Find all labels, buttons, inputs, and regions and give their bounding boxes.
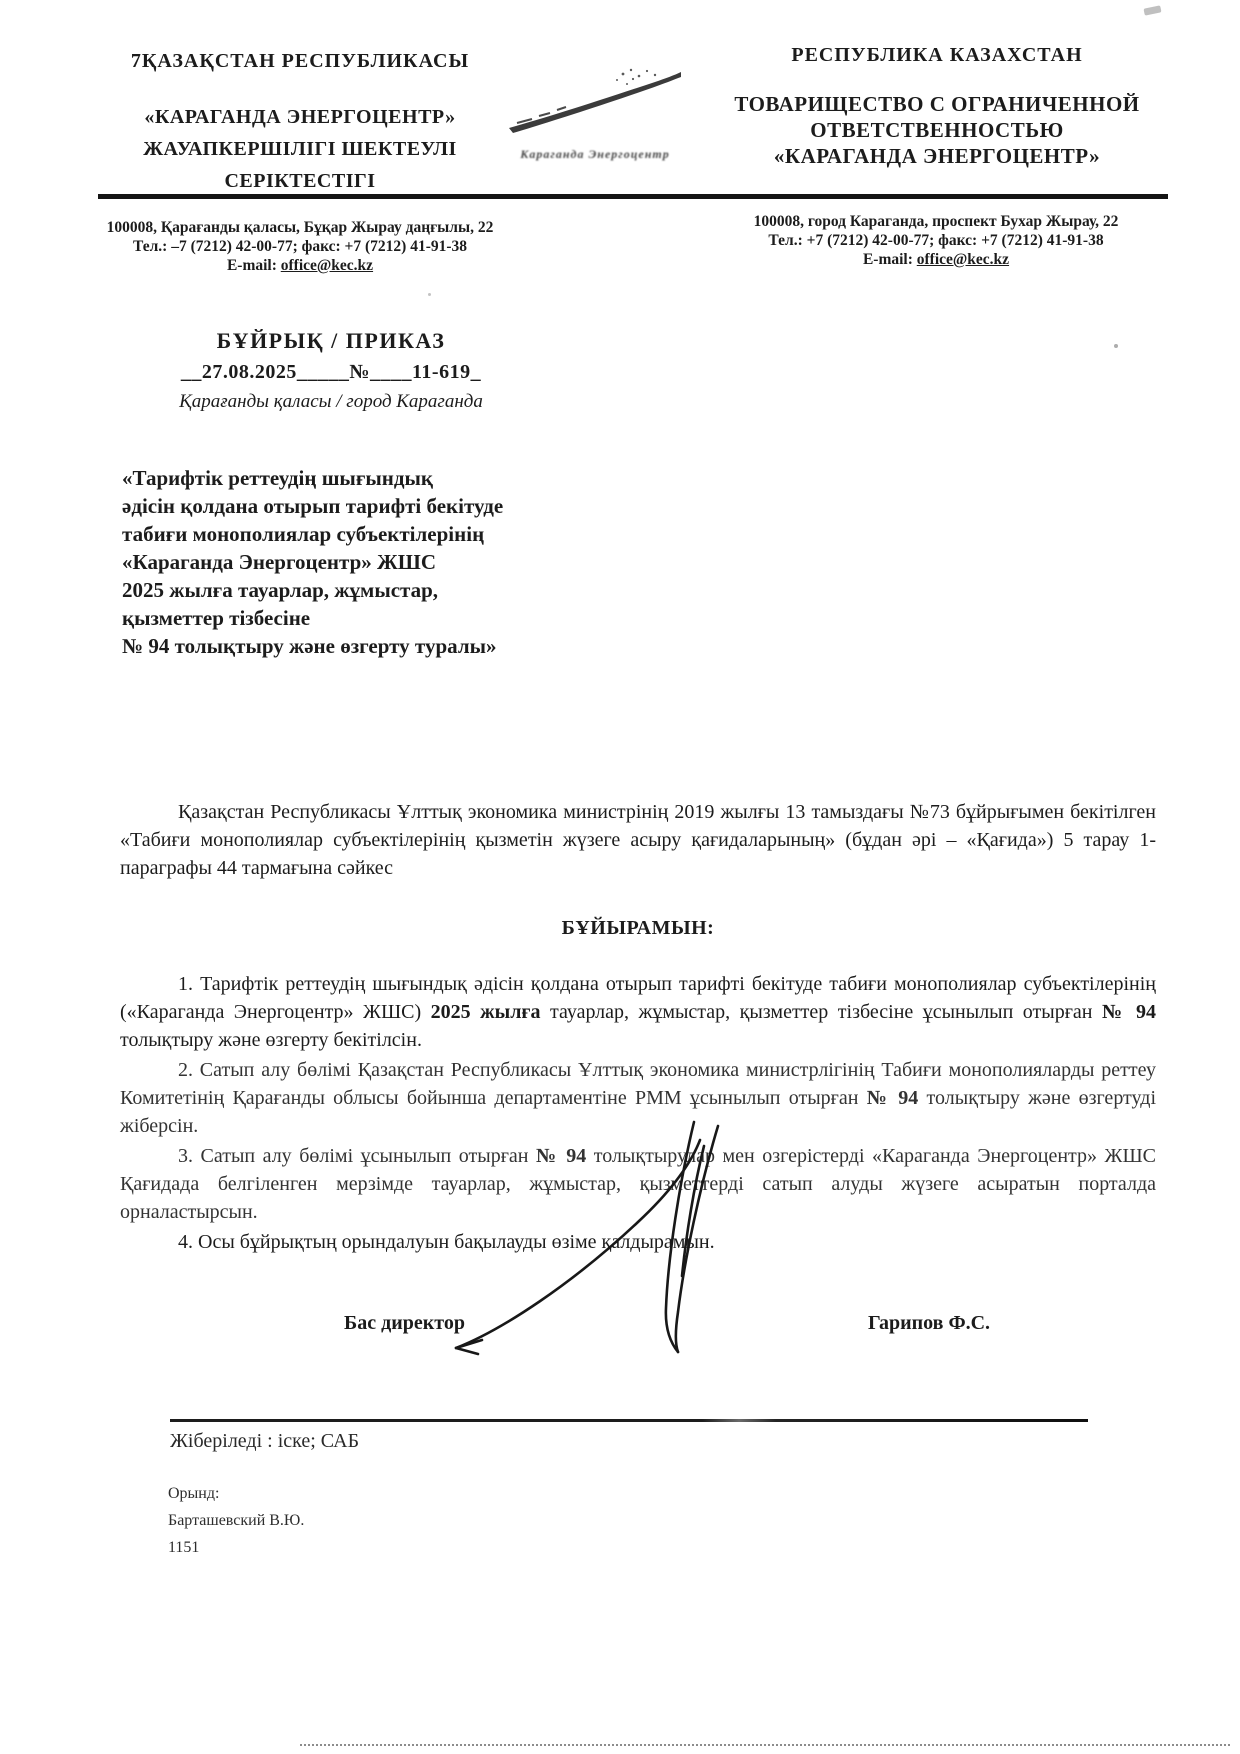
order-title: БҰЙРЫҚ / ПРИКАЗ xyxy=(113,328,549,354)
email-line-kk: E-mail: office@kec.kz xyxy=(88,256,512,275)
company-logo: Караганда Энергоцентр xyxy=(503,62,687,166)
logo-swoosh-icon xyxy=(505,62,685,140)
subject-line: «Караганда Энергоцентр» ЖШС xyxy=(122,548,622,576)
item-text-bold: 2025 жылға xyxy=(431,1001,541,1023)
letterhead-kazakh: 7ҚАЗАҚСТАН РЕСПУБЛИКАСЫ «КАРАГАНДА ЭНЕРГ… xyxy=(95,50,505,197)
scan-speck xyxy=(1143,5,1161,15)
signature-scribble xyxy=(442,1116,764,1370)
subject-line: «Тарифтік реттеудің шығындық xyxy=(122,464,622,492)
order-city-line: Қарағанды қаласы / город Караганда xyxy=(113,391,549,413)
scanned-order-document: 7ҚАЗАҚСТАН РЕСПУБЛИКАСЫ «КАРАГАНДА ЭНЕРГ… xyxy=(0,0,1240,1754)
signer-title: Бас директор xyxy=(344,1312,465,1335)
order-number-line: __27.08.2025_____№____11-619_ xyxy=(113,361,549,384)
distribution-line: Жіберіледі : іске; САБ xyxy=(170,1430,359,1453)
logo-caption: Караганда Энергоцентр xyxy=(503,147,687,162)
scan-speck xyxy=(428,293,431,296)
email-link[interactable]: office@kec.kz xyxy=(281,257,373,274)
company-name-kk-line: ЖАУАПКЕРШІЛІГІ ШЕКТЕУЛІ xyxy=(95,133,505,165)
order-subject: «Тарифтік реттеудің шығындық әдісін қолд… xyxy=(122,464,622,660)
company-name-ru-line: ОТВЕТСТВЕННОСТЬЮ xyxy=(698,117,1176,143)
item-text-bold: № 94 xyxy=(867,1087,919,1109)
phone-kk: Тел.: –7 (7212) 42-00-77; факс: +7 (7212… xyxy=(88,237,512,256)
subject-line: № 94 толықтыру және өзгерту туралы» xyxy=(122,632,622,660)
contact-info-kk: 100008, Қарағанды қаласы, Бұқар Жырау да… xyxy=(88,218,512,275)
item-text: тауарлар, жұмыстар, қызметтер тізбесіне … xyxy=(541,1001,1102,1023)
signer-name: Гарипов Ф.С. xyxy=(868,1312,990,1335)
executor-name: Барташевский В.Ю. xyxy=(168,1507,304,1534)
letterhead-russian: РЕСПУБЛИКА КАЗАХСТАН ТОВАРИЩЕСТВО С ОГРА… xyxy=(698,44,1176,169)
company-name-kk-line: «КАРАГАНДА ЭНЕРГОЦЕНТР» xyxy=(95,101,505,133)
scan-artifact-bottom xyxy=(300,1744,1230,1746)
company-name-ru-line: ТОВАРИЩЕСТВО С ОГРАНИЧЕННОЙ xyxy=(698,91,1176,117)
order-heading-block: БҰЙРЫҚ / ПРИКАЗ __27.08.2025_____№____11… xyxy=(113,328,549,413)
phone-ru: Тел.: +7 (7212) 42-00-77; факс: +7 (7212… xyxy=(695,231,1177,250)
email-label: E-mail: xyxy=(227,257,281,274)
email-link[interactable]: office@kec.kz xyxy=(917,251,1009,268)
company-name-kk: «КАРАГАНДА ЭНЕРГОЦЕНТР» ЖАУАПКЕРШІЛІГІ Ш… xyxy=(95,101,505,197)
country-name-ru: РЕСПУБЛИКА КАЗАХСТАН xyxy=(698,44,1176,67)
company-name-kk-line: СЕРІКТЕСТІГІ xyxy=(95,165,505,197)
executor-phone: 1151 xyxy=(168,1534,304,1561)
email-label: E-mail: xyxy=(863,251,917,268)
country-name-kk: 7ҚАЗАҚСТАН РЕСПУБЛИКАСЫ xyxy=(95,50,505,73)
subject-line: әдісін қолдана отырып тарифті бекітуде xyxy=(122,492,622,520)
item-text: толықтыру және өзгерту бекітілсін. xyxy=(120,1029,422,1051)
executor-block: Орынд: Барташевский В.Ю. 1151 xyxy=(168,1480,304,1561)
executor-label: Орынд: xyxy=(168,1480,304,1507)
intro-paragraph: Қазақстан Республикасы Ұлттық экономика … xyxy=(120,798,1156,882)
decree-heading: БҰЙЫРАМЫН: xyxy=(120,914,1156,942)
item-text-bold: № 94 xyxy=(1102,1001,1156,1023)
subject-line: 2025 жылға тауарлар, жұмыстар, xyxy=(122,576,622,604)
company-name-ru: ТОВАРИЩЕСТВО С ОГРАНИЧЕННОЙ ОТВЕТСТВЕННО… xyxy=(698,91,1176,169)
company-name-ru-line: «КАРАГАНДА ЭНЕРГОЦЕНТР» xyxy=(698,143,1176,169)
address-ru: 100008, город Караганда, проспект Бухар … xyxy=(695,212,1177,231)
address-kk: 100008, Қарағанды қаласы, Бұқар Жырау да… xyxy=(88,218,512,237)
scan-speck xyxy=(1114,344,1118,348)
email-line-ru: E-mail: office@kec.kz xyxy=(695,250,1177,269)
subject-line: табиғи монополиялар субъектілерінің xyxy=(122,520,622,548)
letterhead-divider xyxy=(98,194,1168,199)
order-item-1: 1. Тарифтік реттеудің шығындық әдісін қо… xyxy=(120,970,1156,1054)
contact-info-ru: 100008, город Караганда, проспект Бухар … xyxy=(695,212,1177,269)
subject-line: қызметтер тізбесіне xyxy=(122,604,622,632)
footer-divider xyxy=(170,1419,1088,1422)
